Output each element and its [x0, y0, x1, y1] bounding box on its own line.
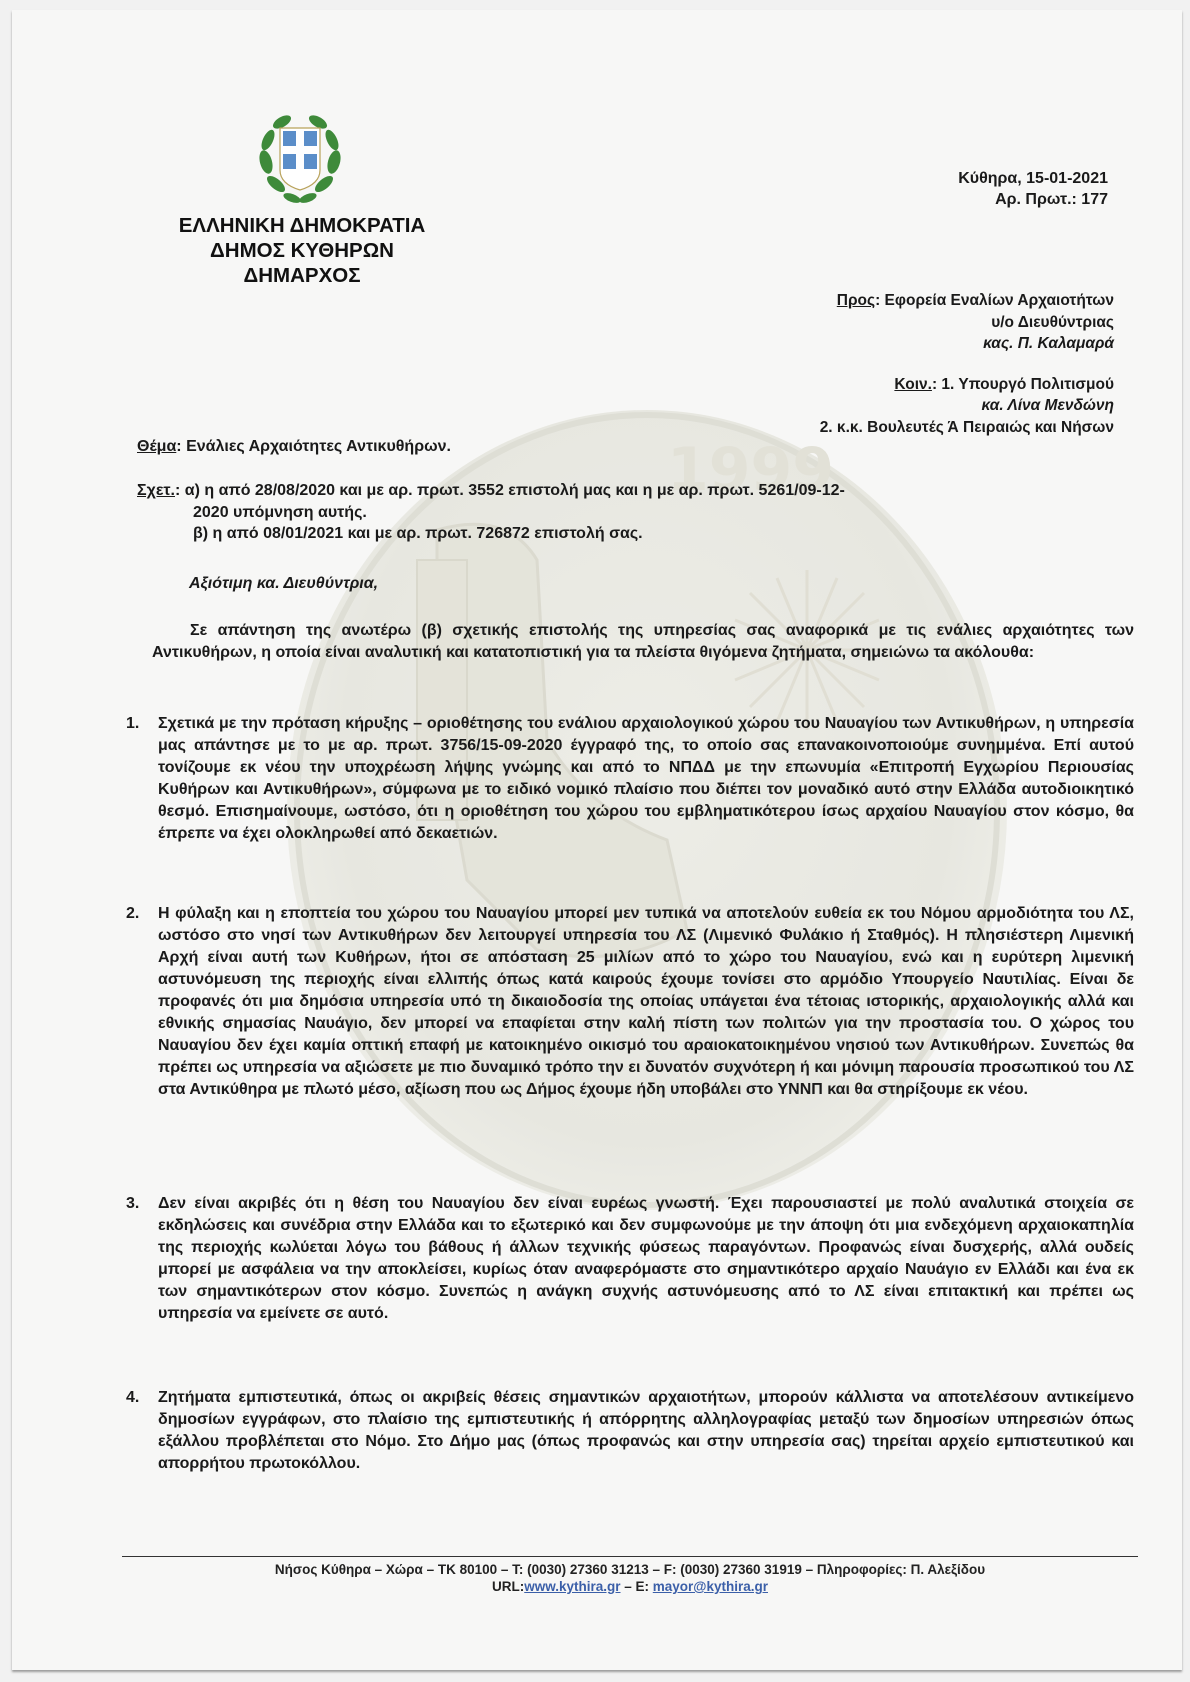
item-number: 1.: [126, 713, 150, 735]
list-item: 3. Δεν είναι ακριβές ότι η θέση του Ναυα…: [122, 1193, 1134, 1325]
place-date: Κύθηρα, 15-01-2021: [958, 168, 1108, 189]
to-line-3: κας. Π. Καλαμαρά: [820, 333, 1114, 355]
subject-text: : Ενάλιες Αρχαιότητες Αντικυθήρων.: [176, 438, 451, 455]
reference-a: : α) η από 28/08/2020 και με αρ. πρωτ. 3…: [175, 482, 845, 499]
date-protocol-block: Κύθηρα, 15-01-2021 Αρ. Πρωτ.: 177: [958, 168, 1108, 210]
subject-label: Θέμα: [137, 438, 176, 455]
intro-paragraph: Σε απάντηση της ανωτέρω (β) σχετικής επι…: [152, 620, 1134, 664]
item-text: Η φύλαξη και η εποπτεία του χώρου του Να…: [158, 903, 1134, 1101]
website-link[interactable]: www.kythira.gr: [524, 1579, 620, 1594]
letterhead-country: ΕΛΛΗΝΙΚΗ ΔΗΜΟΚΡΑΤΙΑ: [152, 213, 452, 238]
item-text: Δεν είναι ακριβές ότι η θέση του Ναυαγίο…: [158, 1193, 1134, 1325]
to-label: Προς: [837, 292, 875, 309]
list-item: 1. Σχετικά με την πρόταση κήρυξης – οριο…: [122, 713, 1134, 845]
item-number: 4.: [126, 1387, 150, 1409]
references-block: Σχετ.: α) η από 28/08/2020 και με αρ. πρ…: [137, 480, 1037, 545]
footer-divider: [122, 1556, 1138, 1557]
item-text: Σχετικά με την πρόταση κήρυξης – οριοθέτ…: [158, 713, 1134, 845]
item-number: 3.: [126, 1193, 150, 1215]
salutation: Αξιότιμη κα. Διευθύντρια,: [189, 575, 378, 593]
greek-coat-of-arms-icon: [252, 110, 348, 206]
cc-line-3: 2. κ.κ. Βουλευτές Ά Πειραιώς και Νήσων: [820, 417, 1114, 439]
protocol-number: Αρ. Πρωτ.: 177: [958, 189, 1108, 210]
list-item: 4. Ζητήματα εμπιστευτικά, όπως οι ακριβε…: [122, 1387, 1134, 1475]
letterhead: ΕΛΛΗΝΙΚΗ ΔΗΜΟΚΡΑΤΙΑ ΔΗΜΟΣ ΚΥΘΗΡΩΝ ΔΗΜΑΡΧ…: [152, 213, 452, 288]
document-page: 1999 ΕΛΛΗΝΙΚΗ ΔΗΜΟΚΡΑΤΙΑ: [12, 10, 1182, 1670]
references-label: Σχετ.: [137, 482, 175, 499]
reference-b: β) η από 08/01/2021 και με αρ. πρωτ. 726…: [137, 523, 1037, 545]
to-line-2: υ/ο Διευθύντριας: [820, 312, 1114, 334]
item-number: 2.: [126, 903, 150, 925]
list-item: 2. Η φύλαξη και η εποπτεία του χώρου του…: [122, 903, 1134, 1101]
email-link[interactable]: mayor@kythira.gr: [653, 1579, 768, 1594]
cc-line-2: κα. Λίνα Μενδώνη: [820, 395, 1114, 417]
footer-links: URL:www.kythira.gr – E: mayor@kythira.gr: [122, 1578, 1138, 1595]
subject-line: Θέμα: Ενάλιες Αρχαιότητες Αντικυθήρων.: [137, 438, 451, 456]
cc-line-1: Κοιν.: 1. Υπουργό Πολιτισμού: [820, 374, 1114, 396]
cc-label: Κοιν.: [894, 376, 932, 393]
letterhead-municipality: ΔΗΜΟΣ ΚΥΘΗΡΩΝ: [152, 238, 452, 263]
item-text: Ζητήματα εμπιστευτικά, όπως οι ακριβείς …: [158, 1387, 1134, 1475]
footer: Νήσος Κύθηρα – Χώρα – ΤΚ 80100 – Τ: (003…: [122, 1561, 1138, 1595]
footer-contact: Νήσος Κύθηρα – Χώρα – ΤΚ 80100 – Τ: (003…: [122, 1561, 1138, 1578]
recipients-block: Προς: Εφορεία Εναλίων Αρχαιοτήτων υ/ο Δι…: [820, 290, 1114, 438]
letterhead-office: ΔΗΜΑΡΧΟΣ: [152, 263, 452, 288]
to-line-1: Προς: Εφορεία Εναλίων Αρχαιοτήτων: [820, 290, 1114, 312]
reference-a-cont: 2020 υπόμνηση αυτής.: [137, 502, 1037, 524]
